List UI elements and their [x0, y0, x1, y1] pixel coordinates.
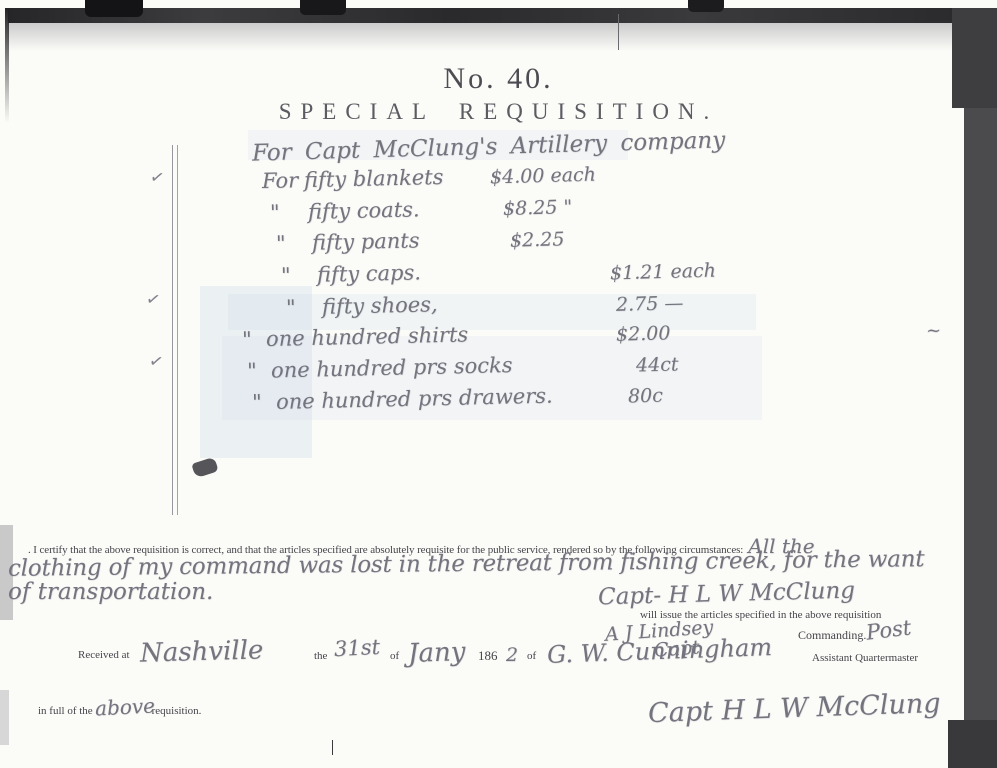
requisition-row: " fifty caps.: [281, 260, 421, 287]
assistant-quartermaster-label: Assistant Quartermaster: [812, 652, 918, 664]
row-item: one hundred shirts: [266, 322, 469, 351]
row-quantity: ": [247, 358, 272, 383]
row-price: $1.21 each: [610, 260, 716, 285]
scanned-document: ✓ ✓ ✓ ~ No. 40. SPECIAL REQUISITION. For…: [0, 0, 997, 768]
requisition-row: For fifty blankets: [262, 165, 444, 193]
row-quantity: ": [276, 231, 313, 256]
row-quantity: ": [281, 263, 318, 288]
in-full-handwritten: above: [94, 693, 155, 720]
row-item: fifty shoes,: [322, 292, 438, 319]
of-label: of: [390, 650, 399, 662]
check-mark-icon: ✓: [147, 351, 165, 374]
title-block: No. 40. SPECIAL REQUISITION.: [0, 62, 997, 125]
scan-artifact-blob-3: [688, 0, 724, 12]
form-title: SPECIAL REQUISITION.: [0, 99, 997, 125]
in-full-printed-2: requisition.: [152, 705, 202, 717]
scan-artifact-left-smudge-2: [0, 690, 9, 745]
scan-artifact-bottom-tick: [332, 740, 333, 755]
of-label-2: of: [527, 650, 536, 662]
row-quantity: For: [262, 168, 305, 193]
requisition-row: " fifty shoes,: [286, 292, 438, 319]
row-item: fifty pants: [312, 228, 420, 254]
received-from-signature: G. W. Cunningham: [547, 633, 773, 669]
scan-artifact-thin-line: [618, 14, 619, 50]
row-quantity: ": [270, 200, 309, 225]
row-price: $8.25 ": [503, 196, 573, 220]
row-quantity: ": [252, 390, 277, 415]
year-printed: 186: [478, 648, 498, 664]
requisition-row: " one hundred shirts: [242, 322, 469, 351]
mcclung-signature: Capt- H L W McClung: [598, 578, 856, 611]
scan-artifact-blob-1: [85, 0, 143, 17]
row-quantity: ": [286, 295, 323, 320]
bottom-signature: Capt H L W McClung: [648, 688, 941, 729]
received-month: Jany: [407, 637, 465, 669]
row-price: $2.25: [510, 228, 565, 251]
margin-bracket-line: [172, 145, 178, 515]
row-price: 44ct: [636, 353, 679, 376]
commanding-label: Commanding.: [798, 628, 866, 643]
check-mark-icon: ✓: [148, 167, 166, 190]
row-price: $4.00 each: [490, 164, 596, 189]
received-day: 31st: [333, 635, 380, 661]
row-item: fifty caps.: [317, 260, 421, 286]
row-quantity: ": [242, 327, 267, 352]
in-full-line: in full of the above requisition.: [38, 695, 201, 719]
year-digit: 2: [506, 644, 518, 666]
row-price: $2.00: [616, 322, 671, 345]
received-place: Nashville: [140, 635, 264, 668]
commanding-handwritten: Post: [865, 615, 913, 644]
scan-artifact-right-bottom: [948, 720, 997, 768]
the-label: the: [314, 650, 327, 662]
certification-handwritten-line-3: of transportation.: [8, 579, 213, 605]
requisition-row: " fifty coats.: [270, 197, 420, 224]
row-price: 2.75 —: [616, 292, 684, 316]
scan-artifact-ink-blob: [191, 457, 218, 479]
requisition-row: " fifty pants: [276, 228, 420, 255]
row-price: 80c: [628, 385, 663, 408]
check-mark-icon: ✓: [144, 289, 162, 312]
row-item: fifty blankets: [304, 165, 444, 192]
stray-mark: ~: [926, 320, 941, 341]
in-full-printed-1: in full of the: [38, 705, 93, 717]
form-number: No. 40.: [0, 62, 997, 96]
scan-artifact-blob-2: [300, 0, 346, 15]
received-at-label: Received at: [78, 649, 130, 661]
scan-artifact-top-band: [8, 8, 990, 23]
scan-artifact-top-fade: [8, 23, 990, 51]
row-item: fifty coats.: [308, 197, 420, 224]
